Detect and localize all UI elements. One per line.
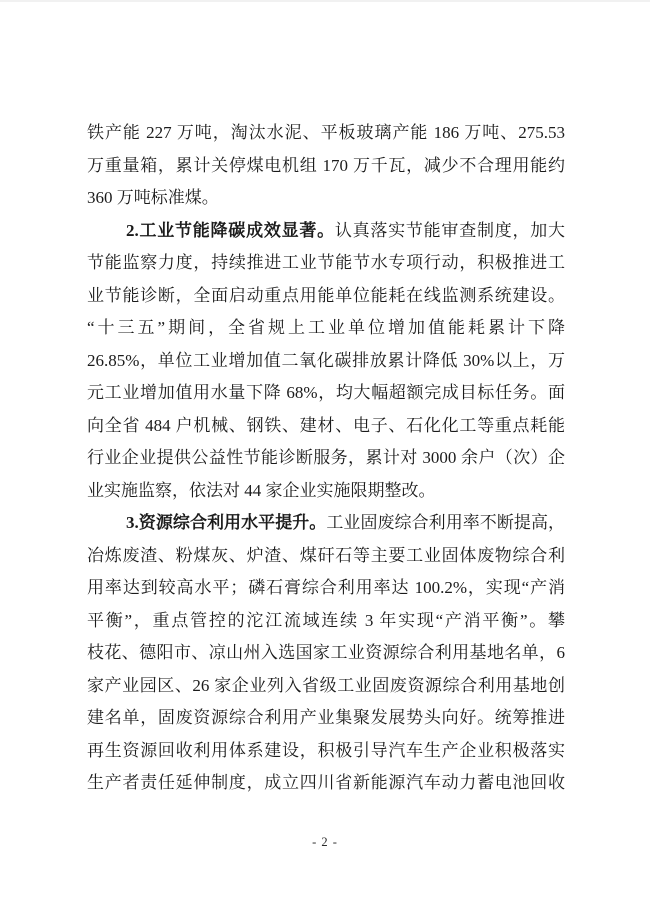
text-line: 生产者责任延伸制度，成立四川省新能源汽车动力蓄电池回收 bbox=[87, 767, 565, 800]
text-segment: 26.85%，单位工业增加值二氧化碳排放累计降低 30%以上，万 bbox=[87, 351, 565, 370]
scan-edge-line bbox=[0, 0, 650, 2]
text-segment: 平衡”，重点管控的沱江流域连续 3 年实现“产消平衡”。攀 bbox=[87, 611, 565, 630]
text-segment: 家产业园区、26 家企业列入省级工业固废资源综合利用基地创 bbox=[87, 676, 565, 695]
text-segment: 再生资源回收利用体系建设，积极引导汽车生产企业积极落实 bbox=[87, 741, 565, 760]
text-line: 家产业园区、26 家企业列入省级工业固废资源综合利用基地创 bbox=[87, 670, 565, 703]
text-line: 建名单，固废资源综合利用产业集聚发展势头向好。统筹推进 bbox=[87, 702, 565, 735]
text-line: 向全省 484 户机械、钢铁、建材、电子、石化化工等重点耗能 bbox=[87, 410, 565, 443]
document-page: 铁产能 227 万吨，淘汰水泥、平板玻璃产能 186 万吨、275.53万重量箱… bbox=[0, 0, 650, 919]
text-line: 节能监察力度，持续推进工业节能节水专项行动，积极推进工 bbox=[87, 247, 565, 280]
text-segment: 节能监察力度，持续推进工业节能节水专项行动，积极推进工 bbox=[87, 253, 565, 272]
text-line: 3.资源综合利用水平提升。工业固废综合利用率不断提高， bbox=[87, 507, 565, 540]
text-segment: 建名单，固废资源综合利用产业集聚发展势头向好。统筹推进 bbox=[87, 708, 565, 727]
text-segment: 业节能诊断，全面启动重点用能单位能耗在线监测系统建设。 bbox=[87, 286, 565, 305]
page-number: - 2 - bbox=[0, 835, 650, 850]
text-segment: 冶炼废渣、粉煤灰、炉渣、煤矸石等主要工业固体废物综合利 bbox=[87, 546, 565, 565]
text-line: 铁产能 227 万吨，淘汰水泥、平板玻璃产能 186 万吨、275.53 bbox=[87, 117, 565, 150]
text-segment: 行业企业提供公益性节能诊断服务，累计对 3000 余户（次）企 bbox=[87, 448, 565, 467]
text-segment: 认真落实节能审查制度，加大 bbox=[335, 221, 565, 240]
text-line: “十三五”期间，全省规上工业单位增加值能耗累计下降 bbox=[87, 312, 565, 345]
text-segment: 360 万吨标准煤。 bbox=[87, 188, 219, 207]
text-segment: 枝花、德阳市、凉山州入选国家工业资源综合利用基地名单，6 bbox=[87, 643, 565, 662]
document-body: 铁产能 227 万吨，淘汰水泥、平板玻璃产能 186 万吨、275.53万重量箱… bbox=[87, 117, 565, 800]
text-line: 元工业增加值用水量下降 68%，均大幅超额完成目标任务。面 bbox=[87, 377, 565, 410]
text-segment: 元工业增加值用水量下降 68%，均大幅超额完成目标任务。面 bbox=[87, 383, 565, 402]
text-line: 冶炼废渣、粉煤灰、炉渣、煤矸石等主要工业固体废物综合利 bbox=[87, 540, 565, 573]
text-line: 行业企业提供公益性节能诊断服务，累计对 3000 余户（次）企 bbox=[87, 442, 565, 475]
text-segment: 铁产能 227 万吨，淘汰水泥、平板玻璃产能 186 万吨、275.53 bbox=[87, 123, 565, 142]
text-segment: 工业固废综合利用率不断提高， bbox=[326, 513, 565, 532]
text-line: 业节能诊断，全面启动重点用能单位能耗在线监测系统建设。 bbox=[87, 280, 565, 313]
text-line: 万重量箱，累计关停煤电机组 170 万千瓦，减少不合理用能约 bbox=[87, 150, 565, 183]
text-line: 平衡”，重点管控的沱江流域连续 3 年实现“产消平衡”。攀 bbox=[87, 605, 565, 638]
run-in-heading: 3.资源综合利用水平提升。 bbox=[126, 513, 326, 532]
run-in-heading: 2.工业节能降碳成效显著。 bbox=[126, 221, 335, 240]
text-segment: 生产者责任延伸制度，成立四川省新能源汽车动力蓄电池回收 bbox=[87, 773, 565, 792]
text-line: 2.工业节能降碳成效显著。认真落实节能审查制度，加大 bbox=[87, 215, 565, 248]
text-segment: 用率达到较高水平；磷石膏综合利用率达 100.2%，实现“产消 bbox=[87, 578, 565, 597]
text-line: 用率达到较高水平；磷石膏综合利用率达 100.2%，实现“产消 bbox=[87, 572, 565, 605]
text-line: 再生资源回收利用体系建设，积极引导汽车生产企业积极落实 bbox=[87, 735, 565, 768]
text-line: 业实施监察，依法对 44 家企业实施限期整改。 bbox=[87, 475, 565, 508]
text-line: 枝花、德阳市、凉山州入选国家工业资源综合利用基地名单，6 bbox=[87, 637, 565, 670]
text-segment: 向全省 484 户机械、钢铁、建材、电子、石化化工等重点耗能 bbox=[87, 416, 565, 435]
text-line: 360 万吨标准煤。 bbox=[87, 182, 565, 215]
text-segment: 万重量箱，累计关停煤电机组 170 万千瓦，减少不合理用能约 bbox=[87, 156, 565, 175]
text-segment: “十三五”期间，全省规上工业单位增加值能耗累计下降 bbox=[87, 318, 565, 337]
text-line: 26.85%，单位工业增加值二氧化碳排放累计降低 30%以上，万 bbox=[87, 345, 565, 378]
text-segment: 业实施监察，依法对 44 家企业实施限期整改。 bbox=[87, 481, 436, 500]
